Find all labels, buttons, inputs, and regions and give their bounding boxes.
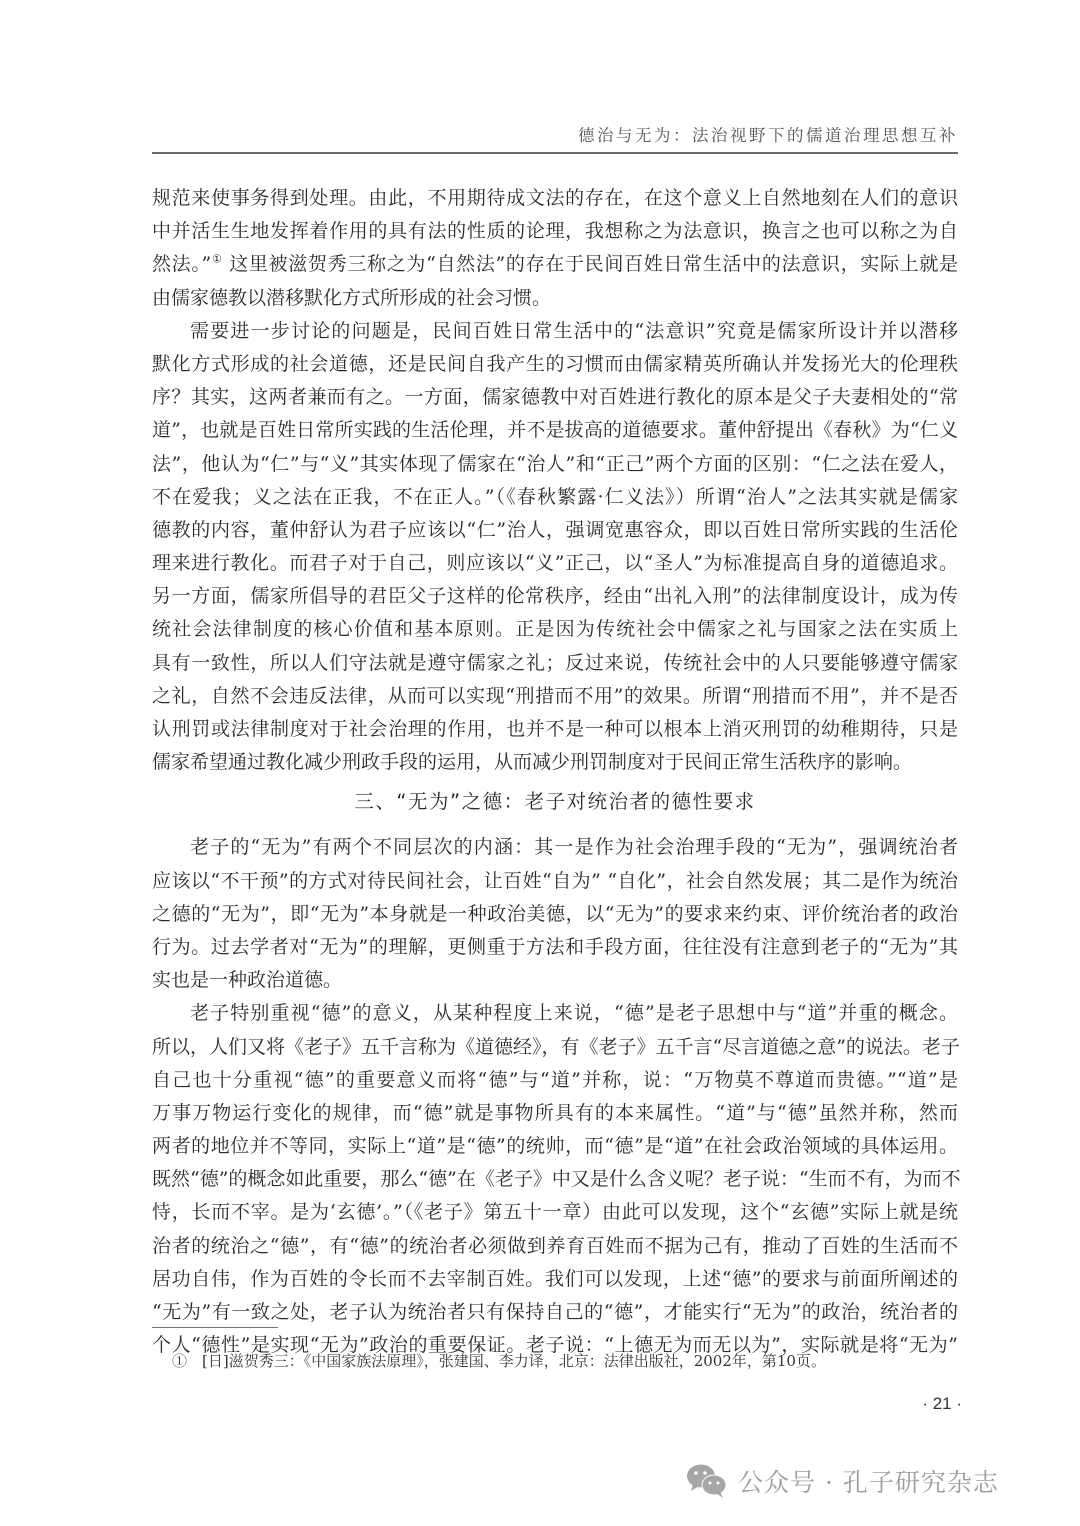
text-line: 规范来使事务得到处理。由此，不用期待成文法的存在，在这个意义上自然地刻在人们的意… (152, 182, 958, 215)
wechat-icon (686, 1463, 728, 1499)
text-line: 应该以“不干预”的方式对待民间社会，让百姓“自为” “自化”，社会自然发展；其二… (152, 865, 958, 898)
text-line: 恃，长而不宰。是为‘玄德’。”（《老子》第五十一章）由此可以发现，这个“玄德”实… (152, 1196, 958, 1229)
text-line: 统社会法律制度的核心价值和基本原则。正是因为传统社会中儒家之礼与国家之法在实质上 (152, 613, 958, 646)
text-line: 万事万物运行变化的规律，而“德”就是事物所具有的本来属性。“道”与“德”虽然并称… (152, 1097, 958, 1130)
text-line: 之德的“无为”，即“无为”本身就是一种政治美德，以“无为”的要求来约束、评价统治… (152, 898, 958, 931)
text-line: 实也是一种政治道德。 (152, 964, 958, 997)
text-line: 行为。过去学者对“无为”的理解，更侧重于方法和手段方面，往往没有注意到老子的“无… (152, 931, 958, 964)
running-title: 德治与无为：法治视野下的儒道治理思想互补 (578, 122, 958, 146)
text-line: 不在爱我；义之法在正我，不在正人。”（《春秋繁露·仁义法》）所谓“治人”之法其实… (152, 481, 958, 514)
section-heading: 三、“无为”之德：老子对统治者的德性要求 (152, 779, 958, 831)
text-line: 居功自伟，作为百姓的令长而不去宰制百姓。我们可以发现，上述“德”的要求与前面所阐… (152, 1263, 958, 1296)
text-line: 老子特别重视“德”的意义，从某种程度上来说，“德”是老子思想中与“道”并重的概念… (152, 997, 958, 1030)
text-line: 然法。”① 这里被滋贺秀三称之为“自然法”的存在于民间百姓日常生活中的法意识，实… (152, 248, 958, 281)
text-line: 既然“德”的概念如此重要，那么“德”在《老子》中又是什么含义呢？老子说：“生而不… (152, 1163, 958, 1196)
text-line: 德教的内容，董仲舒认为君子应该以“仁”治人，强调宽惠容众，即以百姓日常所实践的生… (152, 514, 958, 547)
page-number: · 21 · (922, 1394, 962, 1414)
text-line: 老子的“无为”有两个不同层次的内涵：其一是作为社会治理手段的“无为”，强调统治者 (152, 831, 958, 864)
watermark-text: 公众号 · 孔子研究杂志 (738, 1463, 999, 1499)
footnote: ① [日]滋贺秀三：《中国家族法原理》，张建国、李力译，北京：法律出版社，200… (172, 1350, 826, 1371)
paragraph: 老子特别重视“德”的意义，从某种程度上来说，“德”是老子思想中与“道”并重的概念… (152, 997, 958, 1362)
text-line: 治者的统治之“德”，有“德”的统治者必须做到养育百姓而不据为己有，推动了百姓的生… (152, 1230, 958, 1263)
footnote-marker[interactable]: ① (211, 253, 222, 266)
text-segment: 这里被滋贺秀三称之为“自然法”的存在于民间百姓日常生活中的法意识，实际上就是 (223, 253, 958, 275)
text-line: 理来进行教化。而君子对于自己，则应该以“义”正己，以“圣人”为标准提高自身的道德… (152, 547, 958, 580)
footnote-divider (152, 1327, 278, 1328)
text-line: 需要进一步讨论的问题是，民间百姓日常生活中的“法意识”究竟是儒家所设计并以潜移 (152, 315, 958, 348)
paragraph: 规范来使事务得到处理。由此，不用期待成文法的存在，在这个意义上自然地刻在人们的意… (152, 182, 958, 315)
text-line: 默化方式形成的社会道德，还是民间自我产生的习惯而由儒家精英所确认并发扬光大的伦理… (152, 348, 958, 381)
paragraph: 老子的“无为”有两个不同层次的内涵：其一是作为社会治理手段的“无为”，强调统治者… (152, 831, 958, 997)
text-line: 之礼，自然不会违反法律，从而可以实现“刑措而不用”的效果。所谓“刑措而不用”，并… (152, 680, 958, 713)
text-line: 由儒家德教以潜移默化方式所形成的社会习惯。 (152, 282, 958, 315)
article-body: 规范来使事务得到处理。由此，不用期待成文法的存在，在这个意义上自然地刻在人们的意… (152, 182, 958, 1362)
text-line: 中并活生生地发挥着作用的具有法的性质的论理，我想称之为法意识，换言之也可以称之为… (152, 215, 958, 248)
page-header: 德治与无为：法治视野下的儒道治理思想互补 (152, 124, 958, 154)
text-line: 所以，人们又将《老子》五千言称为《道德经》，有《老子》五千言“尽言道德之意”的说… (152, 1031, 958, 1064)
text-line: 具有一致性，所以人们守法就是遵守儒家之礼；反过来说，传统社会中的人只要能够遵守儒… (152, 647, 958, 680)
text-line: 儒家希望通过教化减少刑政手段的运用，从而减少刑罚制度对于民间正常生活秩序的影响。 (152, 746, 958, 779)
text-line: 序？其实，这两者兼而有之。一方面，儒家德教中对百姓进行教化的原本是父子夫妻相处的… (152, 381, 958, 414)
text-line: 认刑罚或法律制度对于社会治理的作用，也并不是一种可以根本上消灭刑罚的幼稚期待，只… (152, 713, 958, 746)
text-segment: 然法。” (152, 253, 211, 275)
watermark: 公众号 · 孔子研究杂志 (686, 1463, 999, 1499)
text-line: 道”，也就是百姓日常所实践的生活伦理，并不是拔高的道德要求。董仲舒提出《春秋》为… (152, 414, 958, 447)
text-line: 另一方面，儒家所倡导的君臣父子这样的伦常秩序，经由“出礼入刑”的法律制度设计，成… (152, 580, 958, 613)
text-line: 法”，他认为“仁”与“义”其实体现了儒家在“治人”和“正己”两个方面的区别：“仁… (152, 448, 958, 481)
paragraph: 需要进一步讨论的问题是，民间百姓日常生活中的“法意识”究竟是儒家所设计并以潜移 … (152, 315, 958, 780)
text-line: “无为”有一致之处，老子认为统治者只有保持自己的“德”，才能实行“无为”的政治，… (152, 1296, 958, 1329)
text-line: 自己也十分重视“德”的重要意义而将“德”与“道”并称，说：“万物莫不尊道而贵德。… (152, 1064, 958, 1097)
text-line: 两者的地位并不等同，实际上“道”是“德”的统帅，而“德”是“道”在社会政治领域的… (152, 1130, 958, 1163)
